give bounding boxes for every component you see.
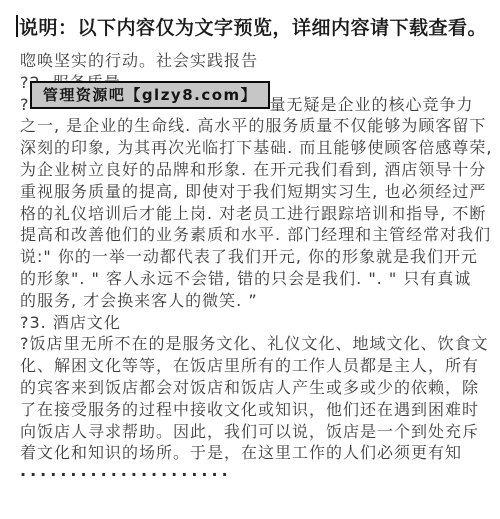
document-body: 唿唤坚实的行动。社会实践报告 ?2. 服务质量 ?量无疑是企业的核心竞争力 之一… <box>20 50 494 486</box>
doc-line: 为企业树立良好的品牌和形象. 在开元我们看到, 酒店领导十分 <box>20 159 494 181</box>
doc-line: 了在接受服务的过程中接收文化或知识，他们还在遇到困难时 <box>20 399 494 421</box>
doc-line: 的服务, 才会换来客人的微笑. ” <box>20 290 494 312</box>
doc-line: 提高和改善他们的业务素质和水平. 部门经理和主管经常对我们 <box>20 224 494 246</box>
ellipsis-line: ····················· <box>20 464 494 486</box>
doc-line: ?饭店里无所不在的是服务文化、礼仪文化、地域文化、饮食文 <box>20 333 494 355</box>
doc-line: 化、解困文化等等，在饭店里所有的工作人员都是主人，所有 <box>20 355 494 377</box>
doc-line: 格的礼仪培训后才能上岗. 对老员工进行跟踪培训和指导, 不断 <box>20 203 494 225</box>
doc-line-section-heading: ?3. 酒店文化 <box>20 312 494 334</box>
doc-line: 向饭店人寻求帮助。因此，我们可以说，饭店是一个到处充斥 <box>20 421 494 443</box>
doc-line: 的宾客来到饭店都会对饭店和饭店人产生或多或少的依赖，除 <box>20 377 494 399</box>
doc-line: 的形象". " 客人永远不会错, 错的只会是我们. ". " 只有真诚 <box>20 268 494 290</box>
text-cursor <box>16 15 18 37</box>
interrupted-line-prefix: ? <box>20 95 30 114</box>
doc-line: 之一, 是企业的生命线. 高水平的服务质量不仅能够为顾客留下 <box>20 115 494 137</box>
doc-line: 说:" 你的一举一动都代表了我们开元, 你的形象就是我们开元 <box>20 246 494 268</box>
interrupted-line-suffix: 量无疑是企业的核心竞争力 <box>270 95 474 114</box>
preview-notice-text: 说明：以下内容仅为文字预览，详细内容请下载查看。 <box>19 17 487 39</box>
doc-line: 着文化和知识的场所。于是，在这里工作的人们必须更有知 <box>20 442 494 464</box>
doc-line: 唿唤坚实的行动。社会实践报告 <box>20 50 494 72</box>
watermark-badge: 管理资源吧【glzy8.com】 <box>30 81 270 109</box>
doc-line: 重视服务质量的提高, 即使对于我们短期实习生, 也必须经过严 <box>20 181 494 203</box>
doc-line: 深刻的印象, 为其再次光临打下基础. 而且能够使顾客倍感尊荣, <box>20 137 494 159</box>
document-preview-page: 说明：以下内容仅为文字预览，详细内容请下载查看。 唿唤坚实的行动。社会实践报告 … <box>0 0 500 519</box>
preview-notice: 说明：以下内容仅为文字预览，详细内容请下载查看。 <box>16 13 487 40</box>
